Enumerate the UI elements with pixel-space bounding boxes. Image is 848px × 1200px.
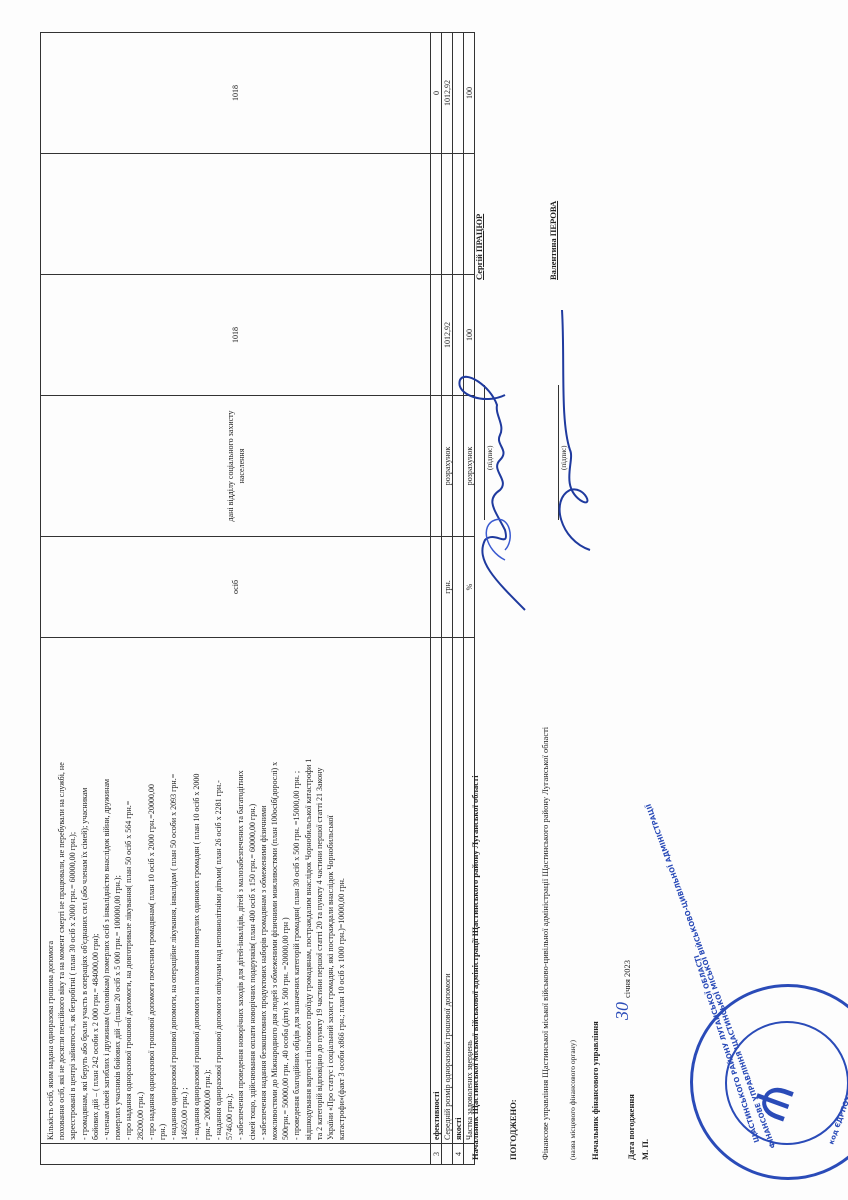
head-signature-icon — [455, 360, 535, 620]
unit-cell: грн. — [442, 537, 453, 638]
description-line: та 2 категорій відповідно до пункту 19 ч… — [314, 641, 325, 1140]
date-label: Дата погодження — [626, 1094, 636, 1160]
description-line: поховання осіб, які не досягли пенсійног… — [56, 641, 67, 1140]
description-line: відшкодування вартості пільгового проїзд… — [303, 641, 314, 1140]
finance-head-name: Валентина ПЕРОВА — [548, 201, 558, 280]
row-label: якості — [453, 638, 464, 1144]
date-rest: січня 2023 — [622, 960, 632, 998]
description-line: зареєстровані в центрі зайнятості, як бе… — [67, 641, 78, 1140]
head-title: Начальник Щастинської міської військової… — [470, 775, 480, 1160]
indicators-table: Кількість осіб, яким надана одноразова г… — [40, 32, 475, 1165]
description-line: - про надання одноразової грошової допом… — [146, 641, 157, 1140]
table-row: 3 ефективності 0 — [431, 33, 442, 1165]
row-number — [41, 1144, 431, 1165]
description-line: сімей тощо, здійснювання оплати новорічн… — [247, 641, 258, 1140]
description-line: 14650,00 грн.) ; — [179, 641, 190, 1140]
description-line: 28200,00 грн.) — [135, 641, 146, 1140]
row-number: 3 — [431, 1144, 442, 1165]
source-cell — [431, 396, 442, 537]
row-label: Середній розмір одноразової грошової доп… — [442, 638, 453, 1144]
description-line: грн.) — [157, 641, 168, 1140]
value-cell-3: 1018 — [41, 33, 431, 154]
value-cell-3: 0 — [431, 33, 442, 154]
value-cell-2 — [431, 154, 442, 275]
table-row: Середній розмір одноразової грошової доп… — [442, 33, 453, 1165]
value-cell-3: 1012,92 — [442, 33, 453, 154]
description-line: катастрофи»(факт 3 особи х866 грн.; план… — [336, 641, 347, 1140]
source-cell: розрахунок — [442, 396, 453, 537]
description-line: 5746,00 грн.); — [224, 641, 235, 1140]
description-line: померлих учасників бойових дій –(план 20… — [112, 641, 123, 1140]
stamp-inner-ring — [725, 1021, 848, 1145]
row-label: ефективності — [431, 638, 442, 1144]
value-cell-2 — [464, 154, 475, 275]
description-line: - проведення благодійних обідів для зазн… — [291, 641, 302, 1140]
value-cell-2 — [41, 154, 431, 275]
description-line: - громадянам, які беруть або брали участ… — [79, 641, 90, 1140]
document-page: Кількість осіб, яким надана одноразова г… — [0, 0, 848, 1200]
date-day-handwritten: 30 — [612, 1002, 633, 1020]
row-number — [442, 1144, 453, 1165]
stamp-outer-text: ФІНАНСОВЕ УПРАВЛІННЯ ЩАСТИНСЬКОЇ МІСЬКОЇ… — [645, 803, 778, 1150]
description-line: - надання одноразової грошової допомоги … — [213, 641, 224, 1140]
description-line: можливостями до Міжнародного дня людей з… — [269, 641, 280, 1140]
description-cell: Кількість осіб, яким надана одноразова г… — [41, 638, 431, 1144]
value-cell-3 — [453, 33, 464, 154]
value-cell-1: 1018 — [41, 275, 431, 396]
finance-signature-icon — [540, 300, 620, 560]
official-stamp: Ψ ФІНАНСОВЕ УПРАВЛІННЯ ЩАСТИНСЬКОЇ МІСЬК… — [690, 984, 848, 1180]
head-name: Сергій ПРАЦЮР — [474, 214, 484, 280]
unit-cell: осіб — [41, 537, 431, 638]
value-cell-2 — [442, 154, 453, 275]
row-number: 4 — [453, 1144, 464, 1165]
description-line: - надання одноразової грошової допомоги … — [191, 641, 202, 1140]
description-line: - надання одноразової грошової допомоги,… — [168, 641, 179, 1140]
description-line: - забезпечення надання безкоштовних прод… — [258, 641, 269, 1140]
description-line: - забезпечення проведення новорічних зах… — [235, 641, 246, 1140]
description-line: 500грн.= 50000,00 грн. ,40 особа (діти) … — [280, 641, 291, 1140]
finance-head-title: Начальник фінансового управління — [590, 1021, 600, 1160]
description-line: - про надання одноразової грошової допом… — [123, 641, 134, 1140]
value-cell-1 — [431, 275, 442, 396]
description-line: бойових дій – ( план 242 особи х 2 000 г… — [90, 641, 101, 1140]
finance-org-caption: (назва місцевого фінансового органу) — [568, 1040, 577, 1160]
value-cell-1: 1012,92 — [442, 275, 453, 396]
table-row-main: Кількість осіб, яким надана одноразова г… — [41, 33, 431, 1165]
description-line: України «Про статус і соціальний захист … — [325, 641, 336, 1140]
seal-label: М. П. — [640, 1139, 650, 1160]
description-line: - членам сімей загиблих і дружинам (чоло… — [101, 641, 112, 1140]
unit-cell — [431, 537, 442, 638]
description-line: грн.= 20000,00 грн.); — [202, 641, 213, 1140]
description-text: Кількість осіб, яким надана одноразова г… — [45, 641, 347, 1140]
value-cell-2 — [453, 154, 464, 275]
agreed-label: ПОГОДЖЕНО: — [508, 1099, 518, 1160]
value-cell-3: 100 — [464, 33, 475, 154]
description-line: Кількість осіб, яким надана одноразова г… — [45, 641, 56, 1140]
source-cell: дані відділу соціального захисту населен… — [41, 396, 431, 537]
finance-org: Фінансове управління Щастинської міської… — [540, 727, 550, 1160]
